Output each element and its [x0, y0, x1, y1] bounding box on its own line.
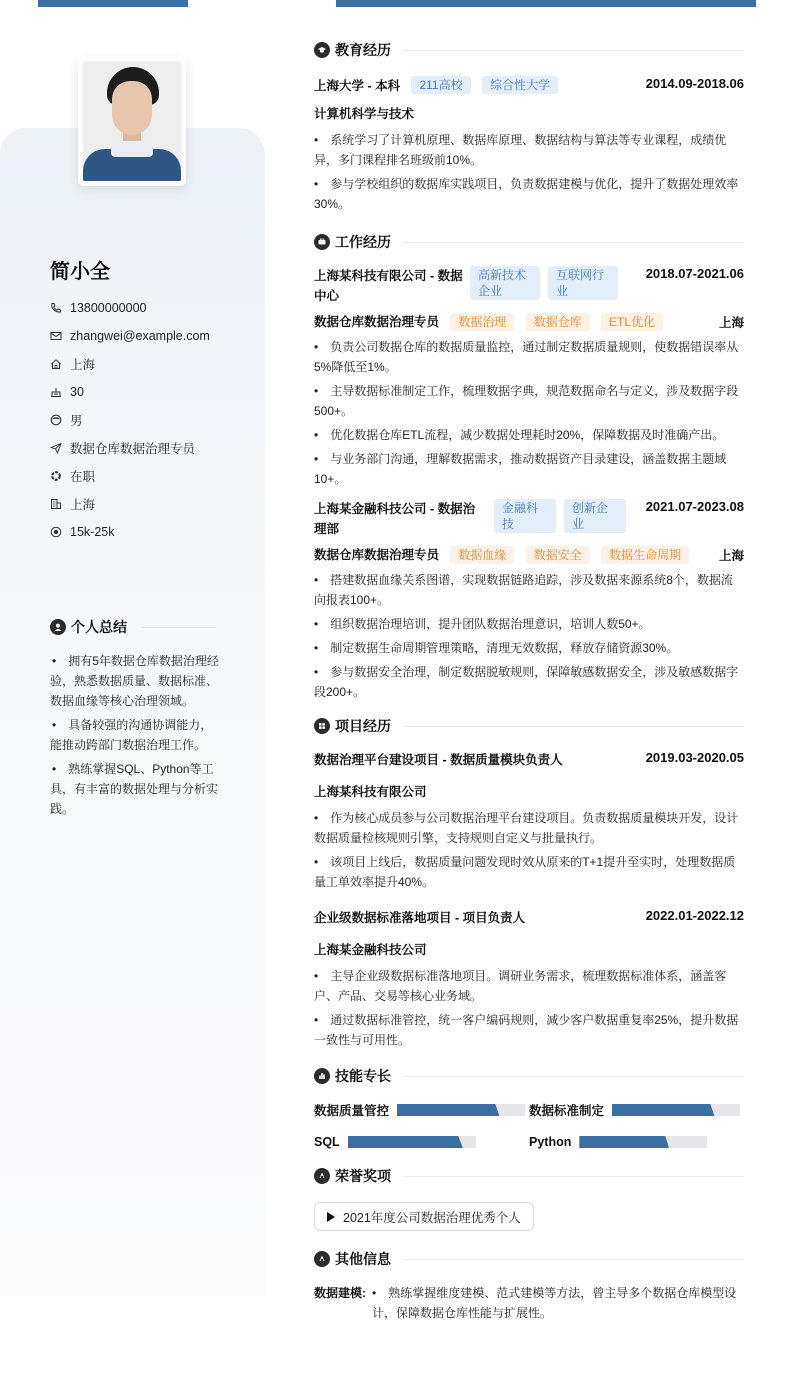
skills-row: SQL Python	[314, 1126, 744, 1158]
project-bullets: 作为核心成员参与公司数据治理平台建设项目。负责数据质量模块开发，设计数据质量检核…	[314, 808, 744, 892]
other-bullets: 熟练掌握维度建模、范式建模等方法，曾主导多个数据仓库模型设计，保障数据仓库性能与…	[372, 1283, 744, 1327]
company-tag: 金融科技	[494, 499, 556, 533]
briefcase-icon	[314, 234, 330, 250]
job-role-row: 数据仓库数据治理专员 数据治理 数据仓库 ETL优化 上海	[314, 312, 744, 331]
skill-item: SQL	[314, 1135, 529, 1149]
heading-divider	[403, 1076, 744, 1077]
bullet-item: 熟练掌握维度建模、范式建模等方法，曾主导多个数据仓库模型设计，保障数据仓库性能与…	[372, 1283, 744, 1323]
skill-bar-fill	[612, 1104, 714, 1116]
info-phone: 13800000000	[50, 294, 250, 322]
status-icon	[50, 470, 62, 482]
project-bullets: 主导企业级数据标准落地项目。调研业务需求，梳理数据标准体系，涵盖客户、产品、交易…	[314, 966, 744, 1050]
project-name: 企业级数据标准落地项目 - 项目负责人	[314, 908, 525, 926]
awards-list: 2021年度公司数据治理优秀个人	[314, 1202, 744, 1231]
summary-heading: 个人总结	[50, 617, 216, 637]
bullet-item: 组织数据治理培训，提升团队数据治理意识，培训人数50+。	[314, 614, 744, 634]
award-item[interactable]: 2021年度公司数据治理优秀个人	[314, 1202, 534, 1231]
bullet-item: 参与学校组织的数据库实践项目，负责数据建模与优化，提升了数据处理效率30%。	[314, 174, 744, 214]
education-heading: 教育经历	[314, 38, 744, 62]
skill-tag: 数据仓库	[526, 313, 590, 331]
job-date: 2021.07-2023.08	[646, 499, 744, 514]
skill-bar	[579, 1136, 707, 1148]
summary-item: 拥有5年数据仓库数据治理经验，熟悉数据质量、数据标准、数据血缘等核心治理领域。	[50, 651, 220, 711]
work-heading: 工作经历	[314, 230, 744, 254]
bullet-item: 负责公司数据仓库的数据质量监控，通过制定数据质量规则，使数据错误率从5%降低至1…	[314, 337, 744, 377]
bullet-item: 主导数据标准制定工作，梳理数据字典，规范数据命名与定义，涉及数据字段500+。	[314, 381, 744, 421]
project-company: 上海某科技有限公司	[314, 782, 744, 800]
contact-info-list: 13800000000 zhangwei@example.com 上海 30 男…	[50, 294, 250, 546]
trophy-icon	[314, 1168, 330, 1184]
cake-icon	[50, 386, 62, 398]
education-header-row: 上海大学 - 本科 211高校 综合性大学 2014.09-2018.06	[314, 76, 744, 94]
summary-list: 拥有5年数据仓库数据治理经验，熟悉数据质量、数据标准、数据血缘等核心治理领域。 …	[50, 651, 220, 823]
info-status: 在职	[50, 462, 250, 490]
skill-bar-fill	[397, 1104, 499, 1116]
bullet-item: 制定数据生命周期管理策略，清理无效数据，释放存储资源30%。	[314, 638, 744, 658]
heading-divider	[403, 1259, 744, 1260]
skills-row: 数据质量管控 数据标准制定	[314, 1094, 744, 1126]
heading-divider	[403, 50, 744, 51]
skill-bar	[397, 1104, 525, 1116]
awards-heading: 荣誉奖项	[314, 1164, 744, 1188]
top-accent-bar-right	[336, 0, 756, 7]
bullet-item: 作为核心成员参与公司数据治理平台建设项目。负责数据质量模块开发，设计数据质量检核…	[314, 808, 744, 848]
skills-heading: 技能专长	[314, 1064, 744, 1088]
bullet-item: 与业务部门沟通，理解数据需求，推动数据资产目录建设，涵盖数据主题域10+。	[314, 449, 744, 489]
bullet-item: 主导企业级数据标准落地项目。调研业务需求，梳理数据标准体系，涵盖客户、产品、交易…	[314, 966, 744, 1006]
skill-bar	[348, 1136, 476, 1148]
job-role: 数据仓库数据治理专员	[314, 548, 439, 562]
info-icon	[314, 1251, 330, 1267]
phone-icon	[50, 302, 62, 314]
education-bullets: 系统学习了计算机原理、数据库原理、数据结构与算法等专业课程，成绩优异，多门课程排…	[314, 130, 744, 214]
info-home: 上海	[50, 350, 250, 378]
heading-divider	[141, 627, 216, 628]
bullet-item: 该项目上线后，数据质量问题发现时效从原来的T+1提升至实时，处理数据质量工单效率…	[314, 852, 744, 892]
project-company: 上海某金融科技公司	[314, 940, 744, 958]
school-tag: 综合性大学	[482, 76, 558, 94]
school-name: 上海大学 - 本科	[314, 79, 400, 93]
skill-bar-fill	[348, 1136, 463, 1148]
skill-bar-fill	[579, 1136, 669, 1148]
home-icon	[50, 358, 62, 370]
project-header-row: 数据治理平台建设项目 - 数据质量模块负责人 2019.03-2020.05	[314, 750, 744, 768]
profile-photo	[83, 61, 181, 181]
job-bullets: 负责公司数据仓库的数据质量监控，通过制定数据质量规则，使数据错误率从5%降低至1…	[314, 337, 744, 489]
salary-icon	[50, 526, 62, 538]
job-location: 上海	[719, 313, 744, 331]
bullet-item: 通过数据标准管控，统一客户编码规则，减少客户数据重复率25%，提升数据一致性与可…	[314, 1010, 744, 1050]
avatar	[78, 56, 186, 186]
heading-divider	[403, 1176, 744, 1177]
info-gender: 男	[50, 406, 250, 434]
projects-heading: 项目经历	[314, 714, 744, 738]
skill-tag: ETL优化	[601, 313, 663, 331]
education-date: 2014.09-2018.06	[646, 76, 744, 91]
bullet-item: 参与数据安全治理，制定数据脱敏规则，保障敏感数据安全，涉及敏感数据字段200+。	[314, 662, 744, 702]
job-role: 数据仓库数据治理专员	[314, 315, 439, 329]
profile-name: 简小全	[50, 255, 110, 284]
company-tag: 互联网行业	[548, 266, 618, 300]
bar-chart-icon	[314, 1068, 330, 1084]
building-icon	[50, 498, 62, 510]
job-header-row: 上海某金融科技公司 - 数据治理部 金融科技 创新企业 2021.07-2023…	[314, 499, 744, 539]
info-salary: 15k-25k	[50, 518, 250, 546]
user-icon	[50, 619, 66, 635]
project-date: 2019.03-2020.05	[646, 750, 744, 765]
skill-item: 数据质量管控	[314, 1101, 529, 1119]
top-accent-bar-left	[38, 0, 188, 7]
job-role-row: 数据仓库数据治理专员 数据血缘 数据安全 数据生命周期 上海	[314, 545, 744, 564]
info-email: zhangwei@example.com	[50, 322, 250, 350]
job-location: 上海	[719, 546, 744, 564]
summary-item: 熟练掌握SQL、Python等工具，有丰富的数据处理与分析实践。	[50, 759, 220, 819]
heading-divider	[403, 242, 744, 243]
skill-bar	[612, 1104, 740, 1116]
other-label: 数据建模:	[314, 1283, 366, 1327]
skill-tag: 数据血缘	[450, 546, 514, 564]
company-tag: 高新技术企业	[470, 266, 540, 300]
skill-tag: 数据安全	[526, 546, 590, 564]
mail-icon	[50, 330, 62, 342]
company-tag: 创新企业	[564, 499, 626, 533]
school-tag: 211高校	[411, 76, 470, 94]
grid-icon	[314, 718, 330, 734]
company-name: 上海某金融科技公司 - 数据治理部	[314, 499, 486, 539]
main-content: 教育经历 上海大学 - 本科 211高校 综合性大学 2014.09-2018.…	[314, 38, 744, 1327]
project-name: 数据治理平台建设项目 - 数据质量模块负责人	[314, 750, 563, 768]
bullet-item: 搭建数据血缘关系图谱，实现数据链路追踪，涉及数据来源系统8个，数据流向报表100…	[314, 570, 744, 610]
skill-tag: 数据治理	[450, 313, 514, 331]
info-position: 数据仓库数据治理专员	[50, 434, 250, 462]
job-header-row: 上海某科技有限公司 - 数据中心 高新技术企业 互联网行业 2018.07-20…	[314, 266, 744, 306]
heading-divider	[403, 726, 744, 727]
bullet-item: 优化数据仓库ETL流程，减少数据处理耗时20%，保障数据及时准确产出。	[314, 425, 744, 445]
info-city: 上海	[50, 490, 250, 518]
skill-item: 数据标准制定	[529, 1101, 744, 1119]
company-name: 上海某科技有限公司 - 数据中心	[314, 266, 464, 306]
graduation-cap-icon	[314, 42, 330, 58]
skill-item: Python	[529, 1135, 744, 1149]
major: 计算机科学与技术	[314, 104, 744, 122]
play-triangle-icon	[327, 1212, 335, 1222]
send-icon	[50, 442, 62, 454]
skill-tag: 数据生命周期	[601, 546, 689, 564]
job-bullets: 搭建数据血缘关系图谱，实现数据链路追踪，涉及数据来源系统8个，数据流向报表100…	[314, 570, 744, 702]
other-heading: 其他信息	[314, 1247, 744, 1271]
info-age: 30	[50, 378, 250, 406]
gender-icon	[50, 414, 62, 426]
project-date: 2022.01-2022.12	[646, 908, 744, 923]
summary-item: 具备较强的沟通协调能力，能推动跨部门数据治理工作。	[50, 715, 220, 755]
project-header-row: 企业级数据标准落地项目 - 项目负责人 2022.01-2022.12	[314, 908, 744, 926]
job-date: 2018.07-2021.06	[646, 266, 744, 281]
bullet-item: 系统学习了计算机原理、数据库原理、数据结构与算法等专业课程，成绩优异，多门课程排…	[314, 130, 744, 170]
other-info-row: 数据建模: 熟练掌握维度建模、范式建模等方法，曾主导多个数据仓库模型设计，保障数…	[314, 1283, 744, 1327]
